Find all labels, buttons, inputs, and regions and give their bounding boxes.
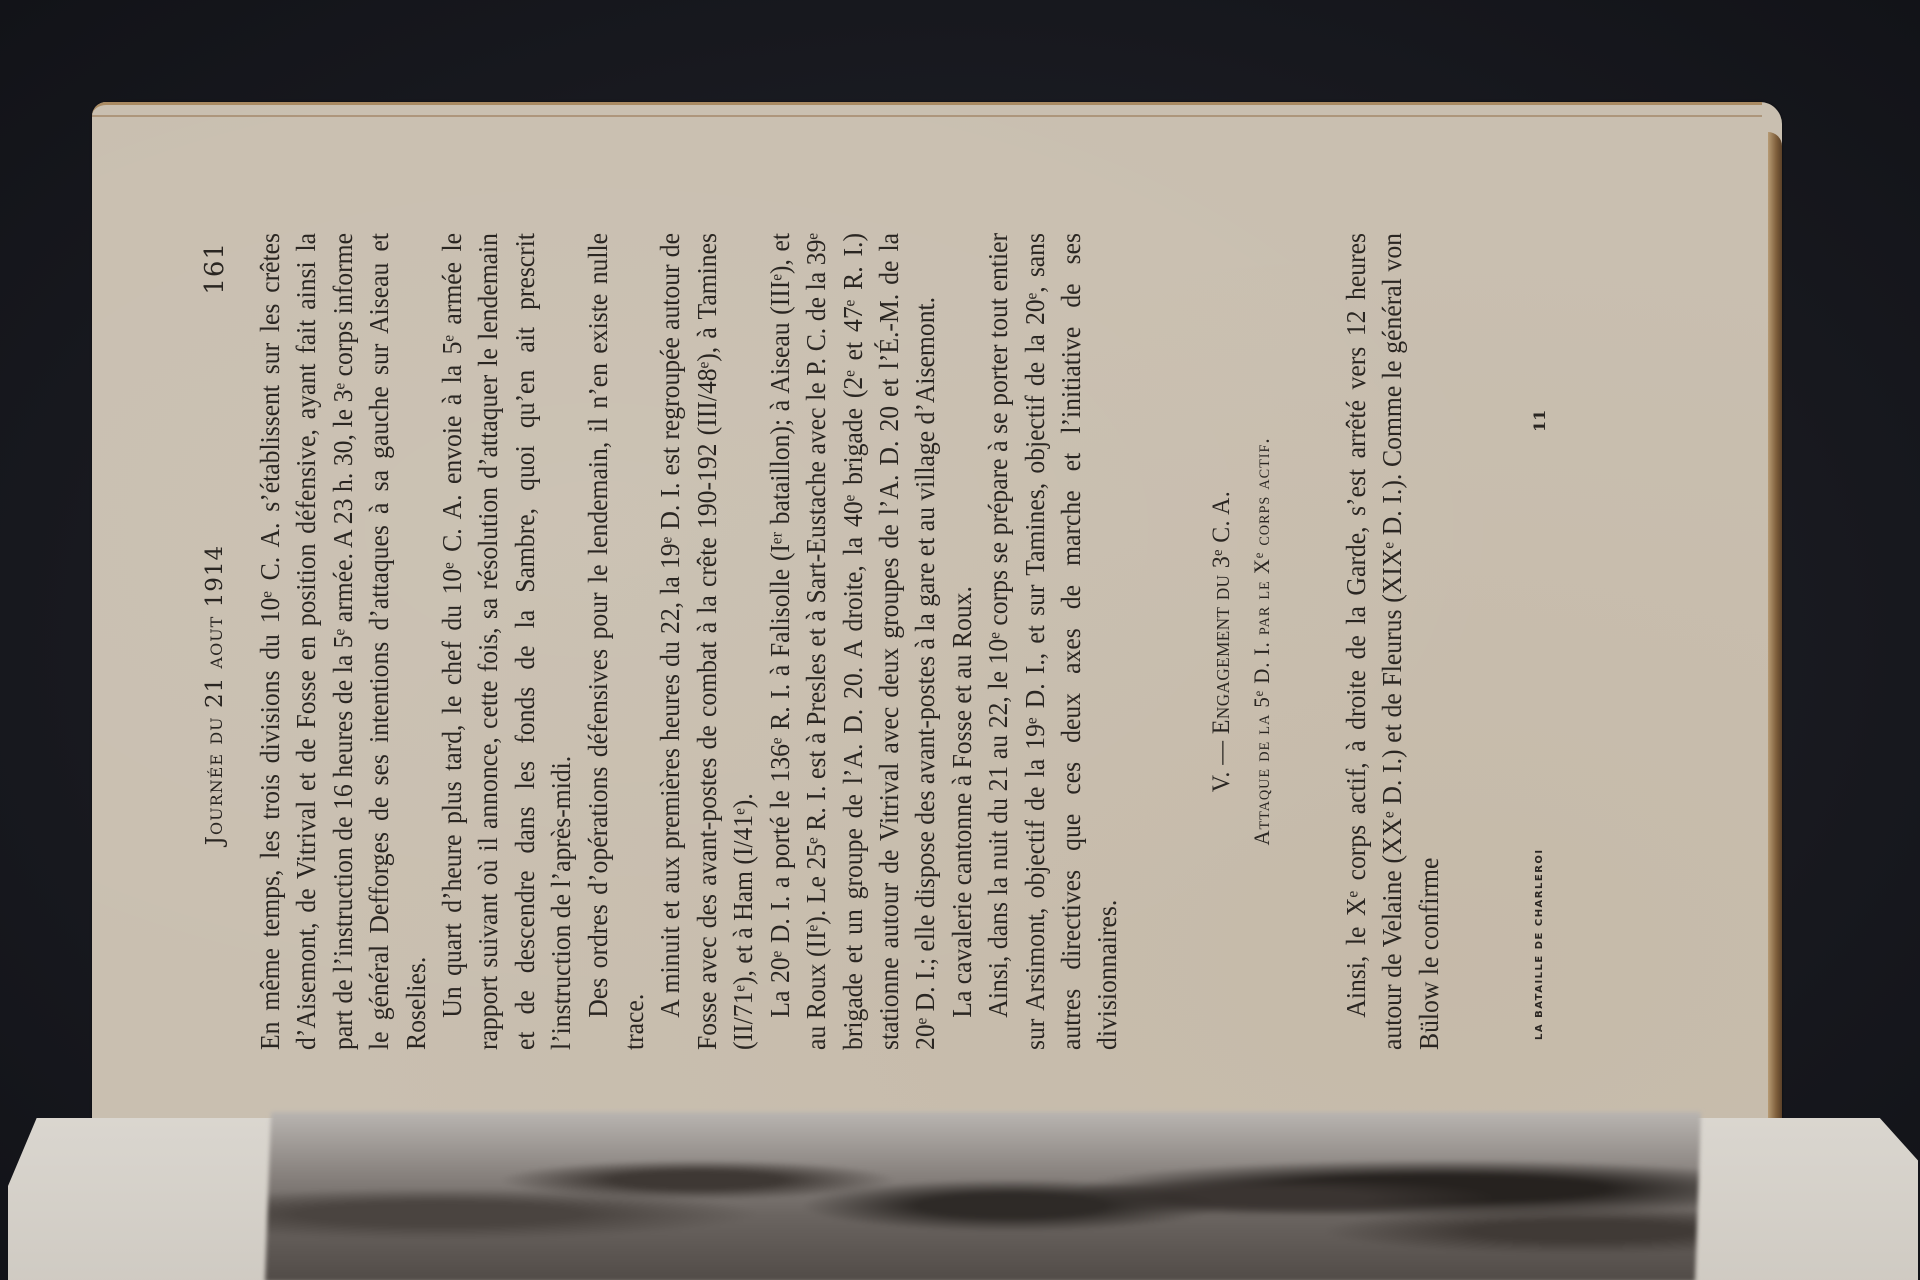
running-head-title: Journée du 21 aout 1914 (202, 340, 228, 1050)
halftone-photo (265, 1112, 1701, 1280)
page-top-edge (92, 102, 1762, 117)
page-number: 161 (200, 242, 230, 295)
section-heading: V. — Engagement du 3ᵉ C. A. Attaque de l… (1204, 233, 1280, 1050)
paragraph: En même temps, les trois divisions du 10… (252, 233, 434, 1050)
paragraph: A minuit et aux premières heures du 22, … (652, 233, 761, 1050)
signature-number: 11 (1530, 410, 1549, 432)
paragraph: Un quart d’heure plus tard, le chef du 1… (434, 233, 580, 1050)
paragraph: La 20ᵉ D. I. a porté le 136ᵉ R. I. à Fal… (762, 233, 944, 1050)
body-text: En même temps, les trois divisions du 10… (252, 233, 1447, 1050)
paragraph: Des ordres d’opérations défensives pour … (580, 233, 653, 1050)
printer-signature: LA BATAILLE DE CHARLEROI (1534, 848, 1545, 1040)
page-fore-edge (1768, 132, 1782, 1172)
paragraph: Ainsi, le Xᵉ corps actif, à droite de la… (1338, 233, 1447, 1050)
section-title: V. — Engagement du 3ᵉ C. A. (1204, 233, 1240, 1050)
section-subtitle: Attaque de la 5ᵉ D. I. par le Xᵉ corps a… (1244, 233, 1280, 1050)
paragraph: La cavalerie cantonne à Fosse et au Roux… (944, 233, 980, 1050)
section-spacer (1280, 233, 1338, 1050)
rotated-text-block: Journée du 21 aout 1914 161 En même temp… (196, 230, 1636, 1050)
running-head: Journée du 21 aout 1914 161 (196, 230, 252, 1050)
paragraph: Ainsi, dans la nuit du 21 au 22, le 10ᵉ … (980, 233, 1126, 1050)
